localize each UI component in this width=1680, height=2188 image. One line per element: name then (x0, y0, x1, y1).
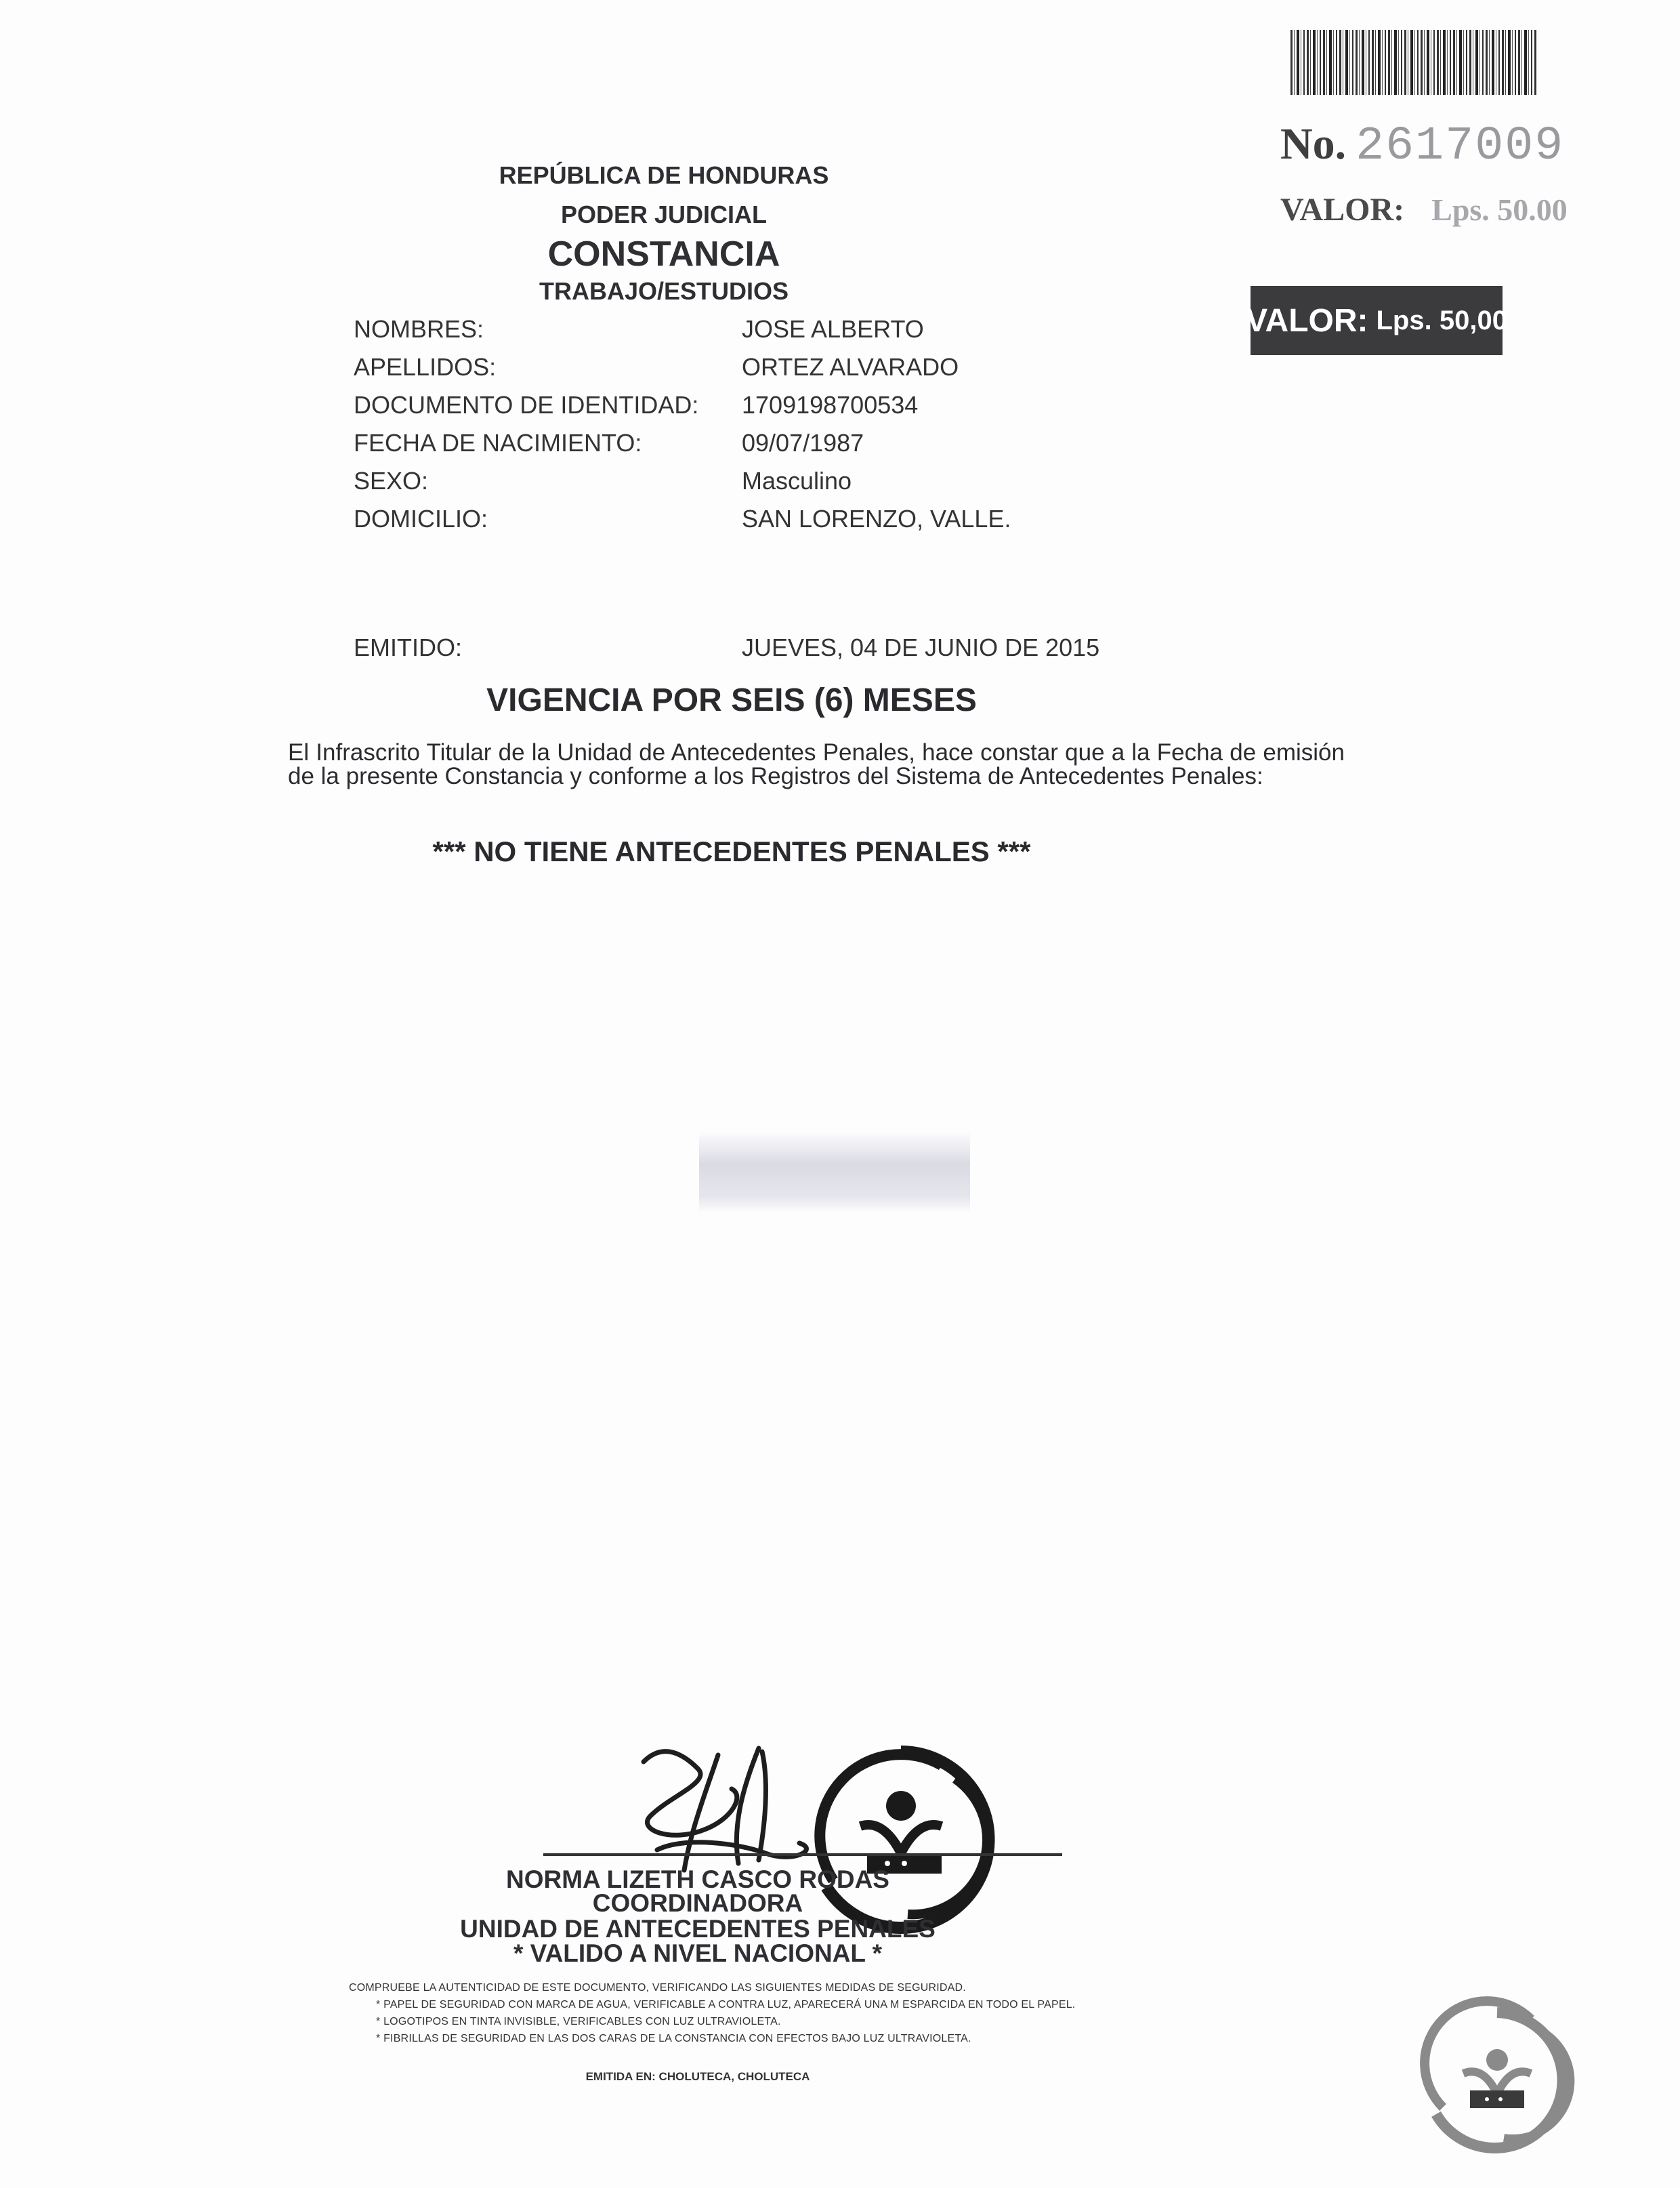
info-row-fecha-nacimiento: FECHA DE NACIMIENTO:09/07/1987 (354, 429, 864, 457)
statement-paragraph: El Infrascrito Titular de la Unidad de A… (288, 741, 1345, 788)
validity-scope: * VALIDO A NIVEL NACIONAL * (0, 1939, 1538, 1968)
field-label: SEXO: (354, 467, 742, 495)
field-value: 09/07/1987 (742, 429, 864, 457)
field-value: ORTEZ ALVARADO (742, 353, 959, 381)
field-label: FECHA DE NACIMIENTO: (354, 429, 742, 457)
security-note: * PAPEL DE SEGURIDAD CON MARCA DE AGUA, … (376, 1999, 1075, 2011)
security-intro: COMPRUEBE LA AUTENTICIDAD DE ESTE DOCUME… (349, 1982, 966, 1994)
field-value: SAN LORENZO, VALLE. (742, 505, 1011, 533)
pagaduria-seal-icon (1395, 1979, 1599, 2182)
info-row-documento: DOCUMENTO DE IDENTIDAD:1709198700534 (354, 391, 918, 419)
field-label: NOMBRES: (354, 315, 742, 344)
barcode (1290, 30, 1538, 95)
field-label: DOMICILIO: (354, 505, 742, 533)
info-row-nombres: NOMBRES:JOSE ALBERTO (354, 315, 924, 344)
field-value: JOSE ALBERTO (742, 315, 924, 344)
scan-smudge (699, 1132, 970, 1213)
signatory-role: COORDINADORA (0, 1889, 1538, 1918)
result-statement: *** NO TIENE ANTECEDENTES PENALES *** (0, 835, 1572, 868)
info-row-sexo: SEXO:Masculino (354, 467, 852, 495)
field-value: JUEVES, 04 DE JUNIO DE 2015 (742, 634, 1099, 662)
security-note: * FIBRILLAS DE SEGURIDAD EN LAS DOS CARA… (376, 2033, 971, 2045)
field-value: 1709198700534 (742, 391, 918, 419)
info-row-apellidos: APELLIDOS:ORTEZ ALVARADO (354, 353, 959, 381)
info-row-domicilio: DOMICILIO:SAN LORENZO, VALLE. (354, 505, 1011, 533)
document-title: CONSTANCIA (0, 234, 1504, 274)
field-label: APELLIDOS: (354, 353, 742, 381)
issued-in: EMITIDA EN: CHOLUTECA, CHOLUTECA (0, 2070, 1538, 2084)
security-note: * LOGOTIPOS EN TINTA INVISIBLE, VERIFICA… (376, 2016, 781, 2028)
institution-heading: PODER JUDICIAL (0, 201, 1504, 229)
country-heading: REPÚBLICA DE HONDURAS (0, 161, 1504, 190)
validity-heading: VIGENCIA POR SEIS (6) MESES (0, 682, 1572, 719)
field-value: Masculino (742, 467, 852, 495)
field-label: EMITIDO: (354, 634, 742, 662)
document-subtitle: TRABAJO/ESTUDIOS (0, 277, 1504, 306)
field-label: DOCUMENTO DE IDENTIDAD: (354, 391, 742, 419)
valor-box-amount: Lps. 50,00 (1377, 306, 1507, 336)
info-row-emitido: EMITIDO:JUEVES, 04 DE JUNIO DE 2015 (354, 634, 1099, 662)
signature-line (543, 1853, 1062, 1856)
valor-box-label: VALOR: (1246, 302, 1368, 339)
